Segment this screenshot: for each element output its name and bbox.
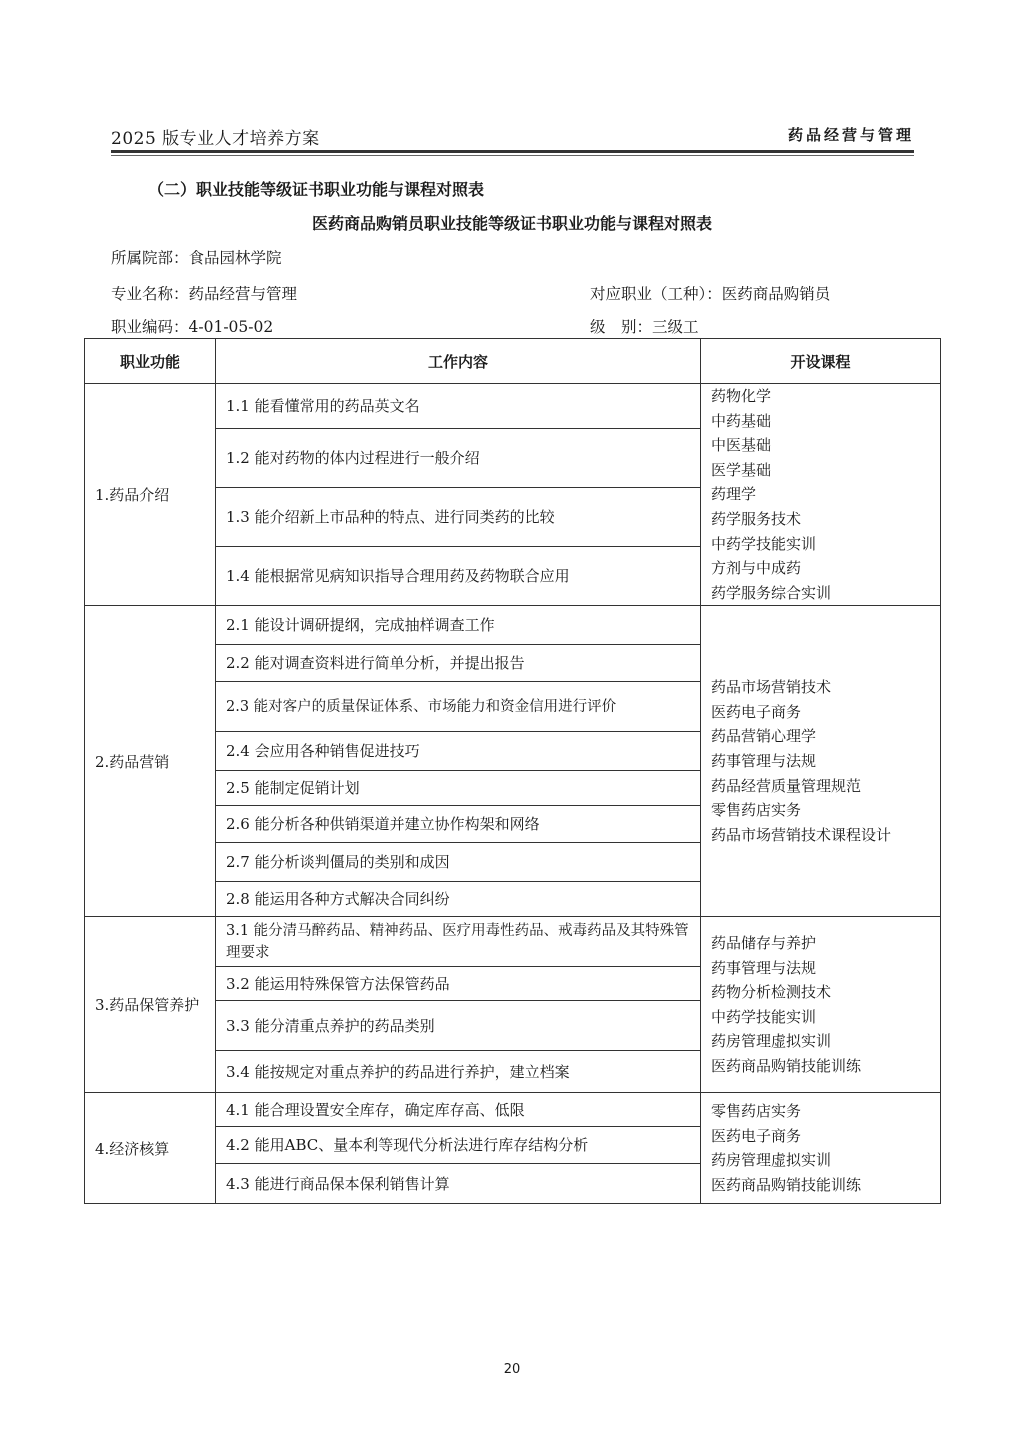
work-cell: 2.6 能分析各种供销渠道并建立协作构架和网络 <box>216 806 701 843</box>
course-item: 药事管理与法规 <box>711 749 930 774</box>
page-header: 2025 版专业人才培养方案 药品经营与管理 <box>111 122 914 150</box>
work-cell: 2.4 会应用各种销售促进技巧 <box>216 732 701 771</box>
function-cell: 4.经济核算 <box>85 1093 216 1204</box>
table-row: 1.药品介绍 1.1 能看懂常用的药品英文名 药物化学 中药基础 中医基础 医学… <box>85 384 941 429</box>
course-item: 药事管理与法规 <box>711 956 930 981</box>
meta-code: 职业编码：4-01-05-02 <box>111 315 273 337</box>
course-item: 药品储存与养护 <box>711 931 930 956</box>
course-item: 药品经营质量管理规范 <box>711 774 930 799</box>
work-cell: 1.3 能介绍新上市品种的特点、进行同类药的比较 <box>216 488 701 547</box>
section-title: （二）职业技能等级证书职业功能与课程对照表 <box>148 177 484 200</box>
course-item: 药物分析检测技术 <box>711 980 930 1005</box>
work-cell: 1.4 能根据常见病知识指导合理用药及药物联合应用 <box>216 547 701 606</box>
course-item: 方剂与中成药 <box>711 556 930 581</box>
table-row: 2.药品营销 2.1 能设计调研提纲，完成抽样调查工作 药品市场营销技术 医药电… <box>85 606 941 645</box>
work-cell: 2.1 能设计调研提纲，完成抽样调查工作 <box>216 606 701 645</box>
course-item: 医药商品购销技能训练 <box>711 1054 930 1079</box>
course-item: 药房管理虚拟实训 <box>711 1029 930 1054</box>
work-cell: 2.2 能对调查资料进行简单分析，并提出报告 <box>216 645 701 682</box>
course-item: 零售药店实务 <box>711 798 930 823</box>
courses-cell: 药物化学 中药基础 中医基础 医学基础 药理学 药学服务技术 中药学技能实训 方… <box>701 384 941 606</box>
course-item: 中药学技能实训 <box>711 1005 930 1030</box>
course-item: 医药电子商务 <box>711 700 930 725</box>
work-cell: 2.7 能分析谈判僵局的类别和成因 <box>216 843 701 882</box>
table-row: 3.药品保管养护 3.1 能分清马醉药品、精神药品、医疗用毒性药品、戒毒药品及其… <box>85 917 941 967</box>
course-item: 药物化学 <box>711 384 930 409</box>
work-cell: 3.4 能按规定对重点养护的药品进行养护，建立档案 <box>216 1051 701 1093</box>
course-item: 医药商品购销技能训练 <box>711 1173 930 1198</box>
work-cell: 4.2 能用ABC、量本利等现代分析法进行库存结构分析 <box>216 1127 701 1164</box>
function-course-table: 职业功能 工作内容 开设课程 1.药品介绍 1.1 能看懂常用的药品英文名 药物… <box>84 338 941 1204</box>
course-item: 医学基础 <box>711 458 930 483</box>
work-cell: 3.3 能分清重点养护的药品类别 <box>216 1001 701 1051</box>
work-cell: 2.8 能运用各种方式解决合同纠纷 <box>216 882 701 917</box>
header-rule-thick <box>111 150 914 153</box>
function-cell: 2.药品营销 <box>85 606 216 917</box>
course-item: 中药基础 <box>711 409 930 434</box>
header-program-title: 2025 版专业人才培养方案 <box>111 124 320 149</box>
course-item: 中药学技能实训 <box>711 532 930 557</box>
courses-cell: 药品储存与养护 药事管理与法规 药物分析检测技术 中药学技能实训 药房管理虚拟实… <box>701 917 941 1093</box>
meta-occupation: 对应职业（工种）：医药商品购销员 <box>590 282 830 304</box>
course-item: 药品营销心理学 <box>711 724 930 749</box>
table-title: 医药商品购销员职业技能等级证书职业功能与课程对照表 <box>0 211 1024 234</box>
meta-level: 级 别：三级工 <box>590 315 699 337</box>
work-cell: 1.1 能看懂常用的药品英文名 <box>216 384 701 429</box>
course-item: 药学服务综合实训 <box>711 581 930 606</box>
course-item: 药房管理虚拟实训 <box>711 1148 930 1173</box>
header-function: 职业功能 <box>85 339 216 384</box>
table-row: 4.经济核算 4.1 能合理设置安全库存，确定库存高、低限 零售药店实务 医药电… <box>85 1093 941 1127</box>
course-item: 药品市场营销技术 <box>711 675 930 700</box>
header-courses: 开设课程 <box>701 339 941 384</box>
header-rule-thin <box>111 155 914 156</box>
work-cell: 4.3 能进行商品保本保利销售计算 <box>216 1164 701 1204</box>
work-cell: 3.1 能分清马醉药品、精神药品、医疗用毒性药品、戒毒药品及其特殊管理要求 <box>216 917 701 967</box>
courses-cell: 药品市场营销技术 医药电子商务 药品营销心理学 药事管理与法规 药品经营质量管理… <box>701 606 941 917</box>
course-item: 中医基础 <box>711 433 930 458</box>
table-header-row: 职业功能 工作内容 开设课程 <box>85 339 941 384</box>
meta-major: 专业名称：药品经营与管理 <box>111 282 297 304</box>
header-work-content: 工作内容 <box>216 339 701 384</box>
work-cell: 2.5 能制定促销计划 <box>216 771 701 806</box>
function-cell: 3.药品保管养护 <box>85 917 216 1093</box>
function-cell: 1.药品介绍 <box>85 384 216 606</box>
work-cell: 3.2 能运用特殊保管方法保管药品 <box>216 967 701 1001</box>
work-cell: 1.2 能对药物的体内过程进行一般介绍 <box>216 429 701 488</box>
work-cell: 2.3 能对客户的质量保证体系、市场能力和资金信用进行评价 <box>216 682 701 732</box>
course-item: 零售药店实务 <box>711 1099 930 1124</box>
course-item: 药理学 <box>711 482 930 507</box>
header-major-name: 药品经营与管理 <box>788 124 914 145</box>
courses-cell: 零售药店实务 医药电子商务 药房管理虚拟实训 医药商品购销技能训练 <box>701 1093 941 1204</box>
work-cell: 4.1 能合理设置安全库存，确定库存高、低限 <box>216 1093 701 1127</box>
course-item: 医药电子商务 <box>711 1124 930 1149</box>
meta-department: 所属院部：食品园林学院 <box>111 246 282 268</box>
course-item: 药品市场营销技术课程设计 <box>711 823 930 848</box>
course-item: 药学服务技术 <box>711 507 930 532</box>
page-number: 20 <box>0 1362 1024 1377</box>
